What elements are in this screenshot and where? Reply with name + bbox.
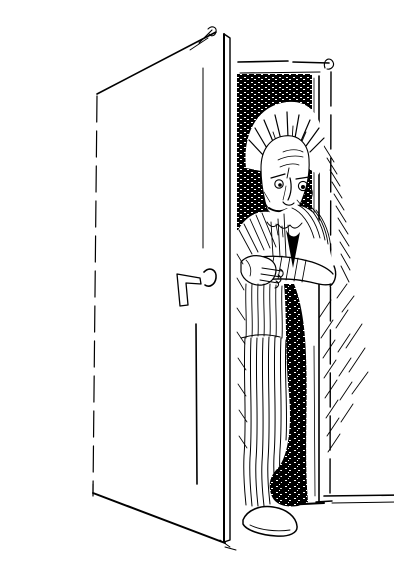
drawing: Elderly man in striped pajamas peeking o… xyxy=(40,16,394,559)
right-pupil xyxy=(301,185,305,189)
door-panel-line-lower xyxy=(196,324,197,484)
left-pupil xyxy=(278,183,282,187)
frame-foot xyxy=(316,501,332,502)
door-panel xyxy=(93,31,224,542)
floor-line xyxy=(324,495,394,496)
illustration: Elderly man in striped pajamas peeking o… xyxy=(40,16,394,559)
open-door xyxy=(93,27,236,550)
